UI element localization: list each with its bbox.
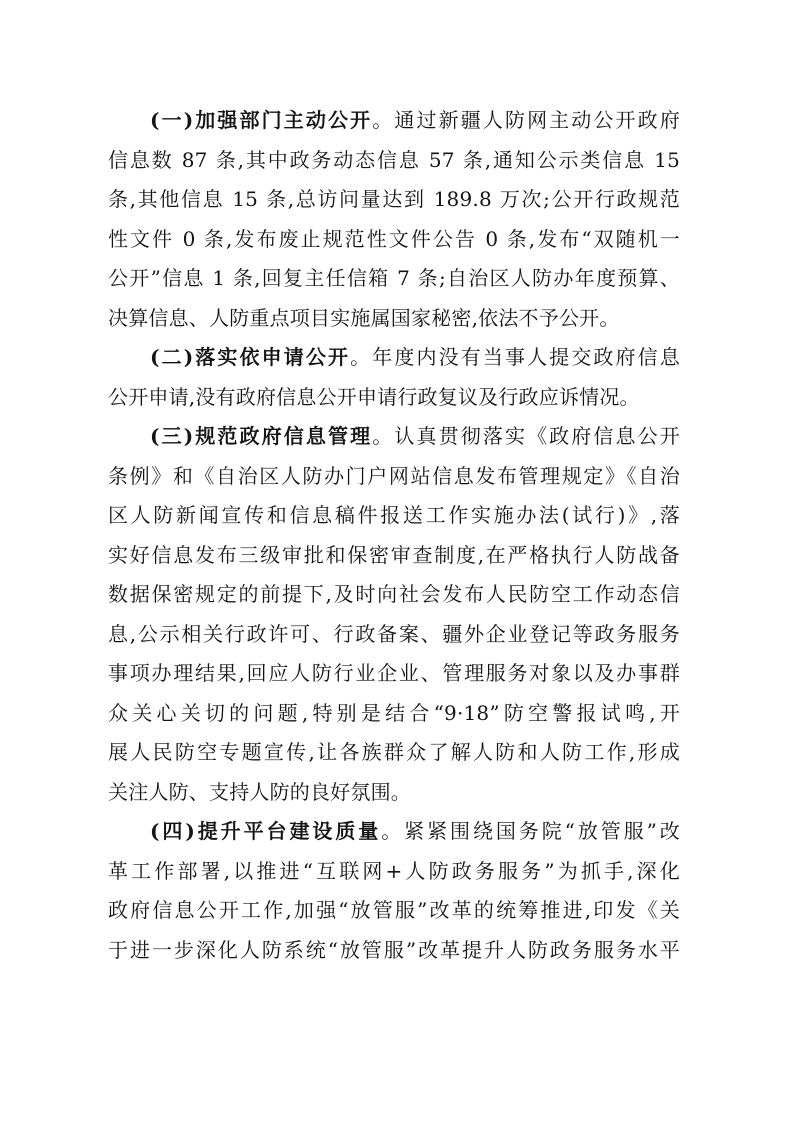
line-text: 公开”信息 1 条,回复主任信箱 7 条;自治区人防办年度预算、 [108,266,680,290]
line-text: 。通过新疆人防网主动公开政府 [372,108,680,132]
text-line: 事项办理结果,回应人防行业企业、管理服务对象以及办事群 [108,654,680,694]
paragraph-heading: (二)落实依申请公开 [150,345,350,369]
line-text: 革工作部署,以推进“互联网+人防政务服务”为抓手,深化 [108,859,680,883]
line-text: 决算信息、人防重点项目实施属国家秘密,依法不予公开。 [108,306,620,330]
line-text: 数据保密规定的前提下,及时向社会发布人民防空工作动态信 [108,582,680,606]
line-text: 区人防新闻宣传和信息稿件报送工作实施办法(试行)》,落 [108,503,680,527]
line-text: 息,公示相关行政许可、行政备案、疆外企业登记等政务服务 [108,622,680,646]
paragraph-first-line: (一)加强部门主动公开。通过新疆人防网主动公开政府 [108,101,680,141]
text-line: 信息数 87 条,其中政务动态信息 57 条,通知公示类信息 15 [108,141,680,181]
document-page: (一)加强部门主动公开。通过新疆人防网主动公开政府信息数 87 条,其中政务动态… [0,0,793,1122]
paragraph-first-line: (四)提升平台建设质量。紧紧围绕国务院“放管服”改 [108,812,680,852]
paragraph-first-line: (二)落实依申请公开。年度内没有当事人提交政府信息 [108,338,680,378]
line-text: 条,其他信息 15 条,总访问量达到 189.8 万次;公开行政规范 [108,187,680,211]
text-line: 性文件 0 条,发布废止规范性文件公告 0 条,发布“双随机一 [108,220,680,260]
line-text: 公开申请,没有政府信息公开申请行政复议及行政应诉情况。 [108,385,640,409]
text-line: 公开”信息 1 条,回复主任信箱 7 条;自治区人防办年度预算、 [108,259,680,299]
line-text: 。紧紧围绕国务院“放管服”改 [381,819,680,843]
paragraph-3: (三)规范政府信息管理。认真贯彻落实《政府信息公开条例》和《自治区人防办门户网站… [108,417,680,812]
text-line: 条,其他信息 15 条,总访问量达到 189.8 万次;公开行政规范 [108,180,680,220]
line-text: 于进一步深化人防系统“放管服”改革提升人防政务服务水平 [108,938,680,962]
line-text: 众关心关切的问题,特别是结合“9·18”防空警报试鸣,开 [108,701,680,725]
text-line: 区人防新闻宣传和信息稿件报送工作实施办法(试行)》,落 [108,496,680,536]
line-text: 。认真贯彻落实《政府信息公开 [372,424,680,448]
paragraph-heading: (三)规范政府信息管理 [150,424,372,448]
line-text: 条例》和《自治区人防办门户网站信息发布管理规定》《自治 [108,464,680,488]
text-line: 数据保密规定的前提下,及时向社会发布人民防空工作动态信 [108,575,680,615]
text-line: 决算信息、人防重点项目实施属国家秘密,依法不予公开。 [108,299,680,339]
line-text: 信息数 87 条,其中政务动态信息 57 条,通知公示类信息 15 [108,148,680,172]
text-line: 政府信息公开工作,加强“放管服”改革的统筹推进,印发《关 [108,891,680,931]
paragraph-first-line: (三)规范政府信息管理。认真贯彻落实《政府信息公开 [108,417,680,457]
line-text: 事项办理结果,回应人防行业企业、管理服务对象以及办事群 [108,661,680,685]
text-line: 公开申请,没有政府信息公开申请行政复议及行政应诉情况。 [108,378,680,418]
paragraph-2: (二)落实依申请公开。年度内没有当事人提交政府信息公开申请,没有政府信息公开申请… [108,338,680,417]
line-text: 性文件 0 条,发布废止规范性文件公告 0 条,发布“双随机一 [108,227,680,251]
paragraph-1: (一)加强部门主动公开。通过新疆人防网主动公开政府信息数 87 条,其中政务动态… [108,101,680,338]
text-line: 条例》和《自治区人防办门户网站信息发布管理规定》《自治 [108,457,680,497]
text-line: 于进一步深化人防系统“放管服”改革提升人防政务服务水平 [108,931,680,971]
text-line: 关注人防、支持人防的良好氛围。 [108,773,680,813]
line-text: 展人民防空专题宣传,让各族群众了解人防和人防工作,形成 [108,740,680,764]
text-line: 革工作部署,以推进“互联网+人防政务服务”为抓手,深化 [108,852,680,892]
paragraph-4: (四)提升平台建设质量。紧紧围绕国务院“放管服”改革工作部署,以推进“互联网+人… [108,812,680,970]
text-line: 众关心关切的问题,特别是结合“9·18”防空警报试鸣,开 [108,694,680,734]
paragraph-heading: (一)加强部门主动公开 [150,108,372,132]
text-line: 实好信息发布三级审批和保密审查制度,在严格执行人防战备 [108,536,680,576]
text-line: 展人民防空专题宣传,让各族群众了解人防和人防工作,形成 [108,733,680,773]
document-body: (一)加强部门主动公开。通过新疆人防网主动公开政府信息数 87 条,其中政务动态… [108,101,680,970]
line-text: 政府信息公开工作,加强“放管服”改革的统筹推进,印发《关 [108,898,680,922]
line-text: 实好信息发布三级审批和保密审查制度,在严格执行人防战备 [108,543,680,567]
line-text: 关注人防、支持人防的良好氛围。 [108,780,411,804]
line-text: 。年度内没有当事人提交政府信息 [350,345,680,369]
paragraph-heading: (四)提升平台建设质量 [150,819,381,843]
text-line: 息,公示相关行政许可、行政备案、疆外企业登记等政务服务 [108,615,680,655]
